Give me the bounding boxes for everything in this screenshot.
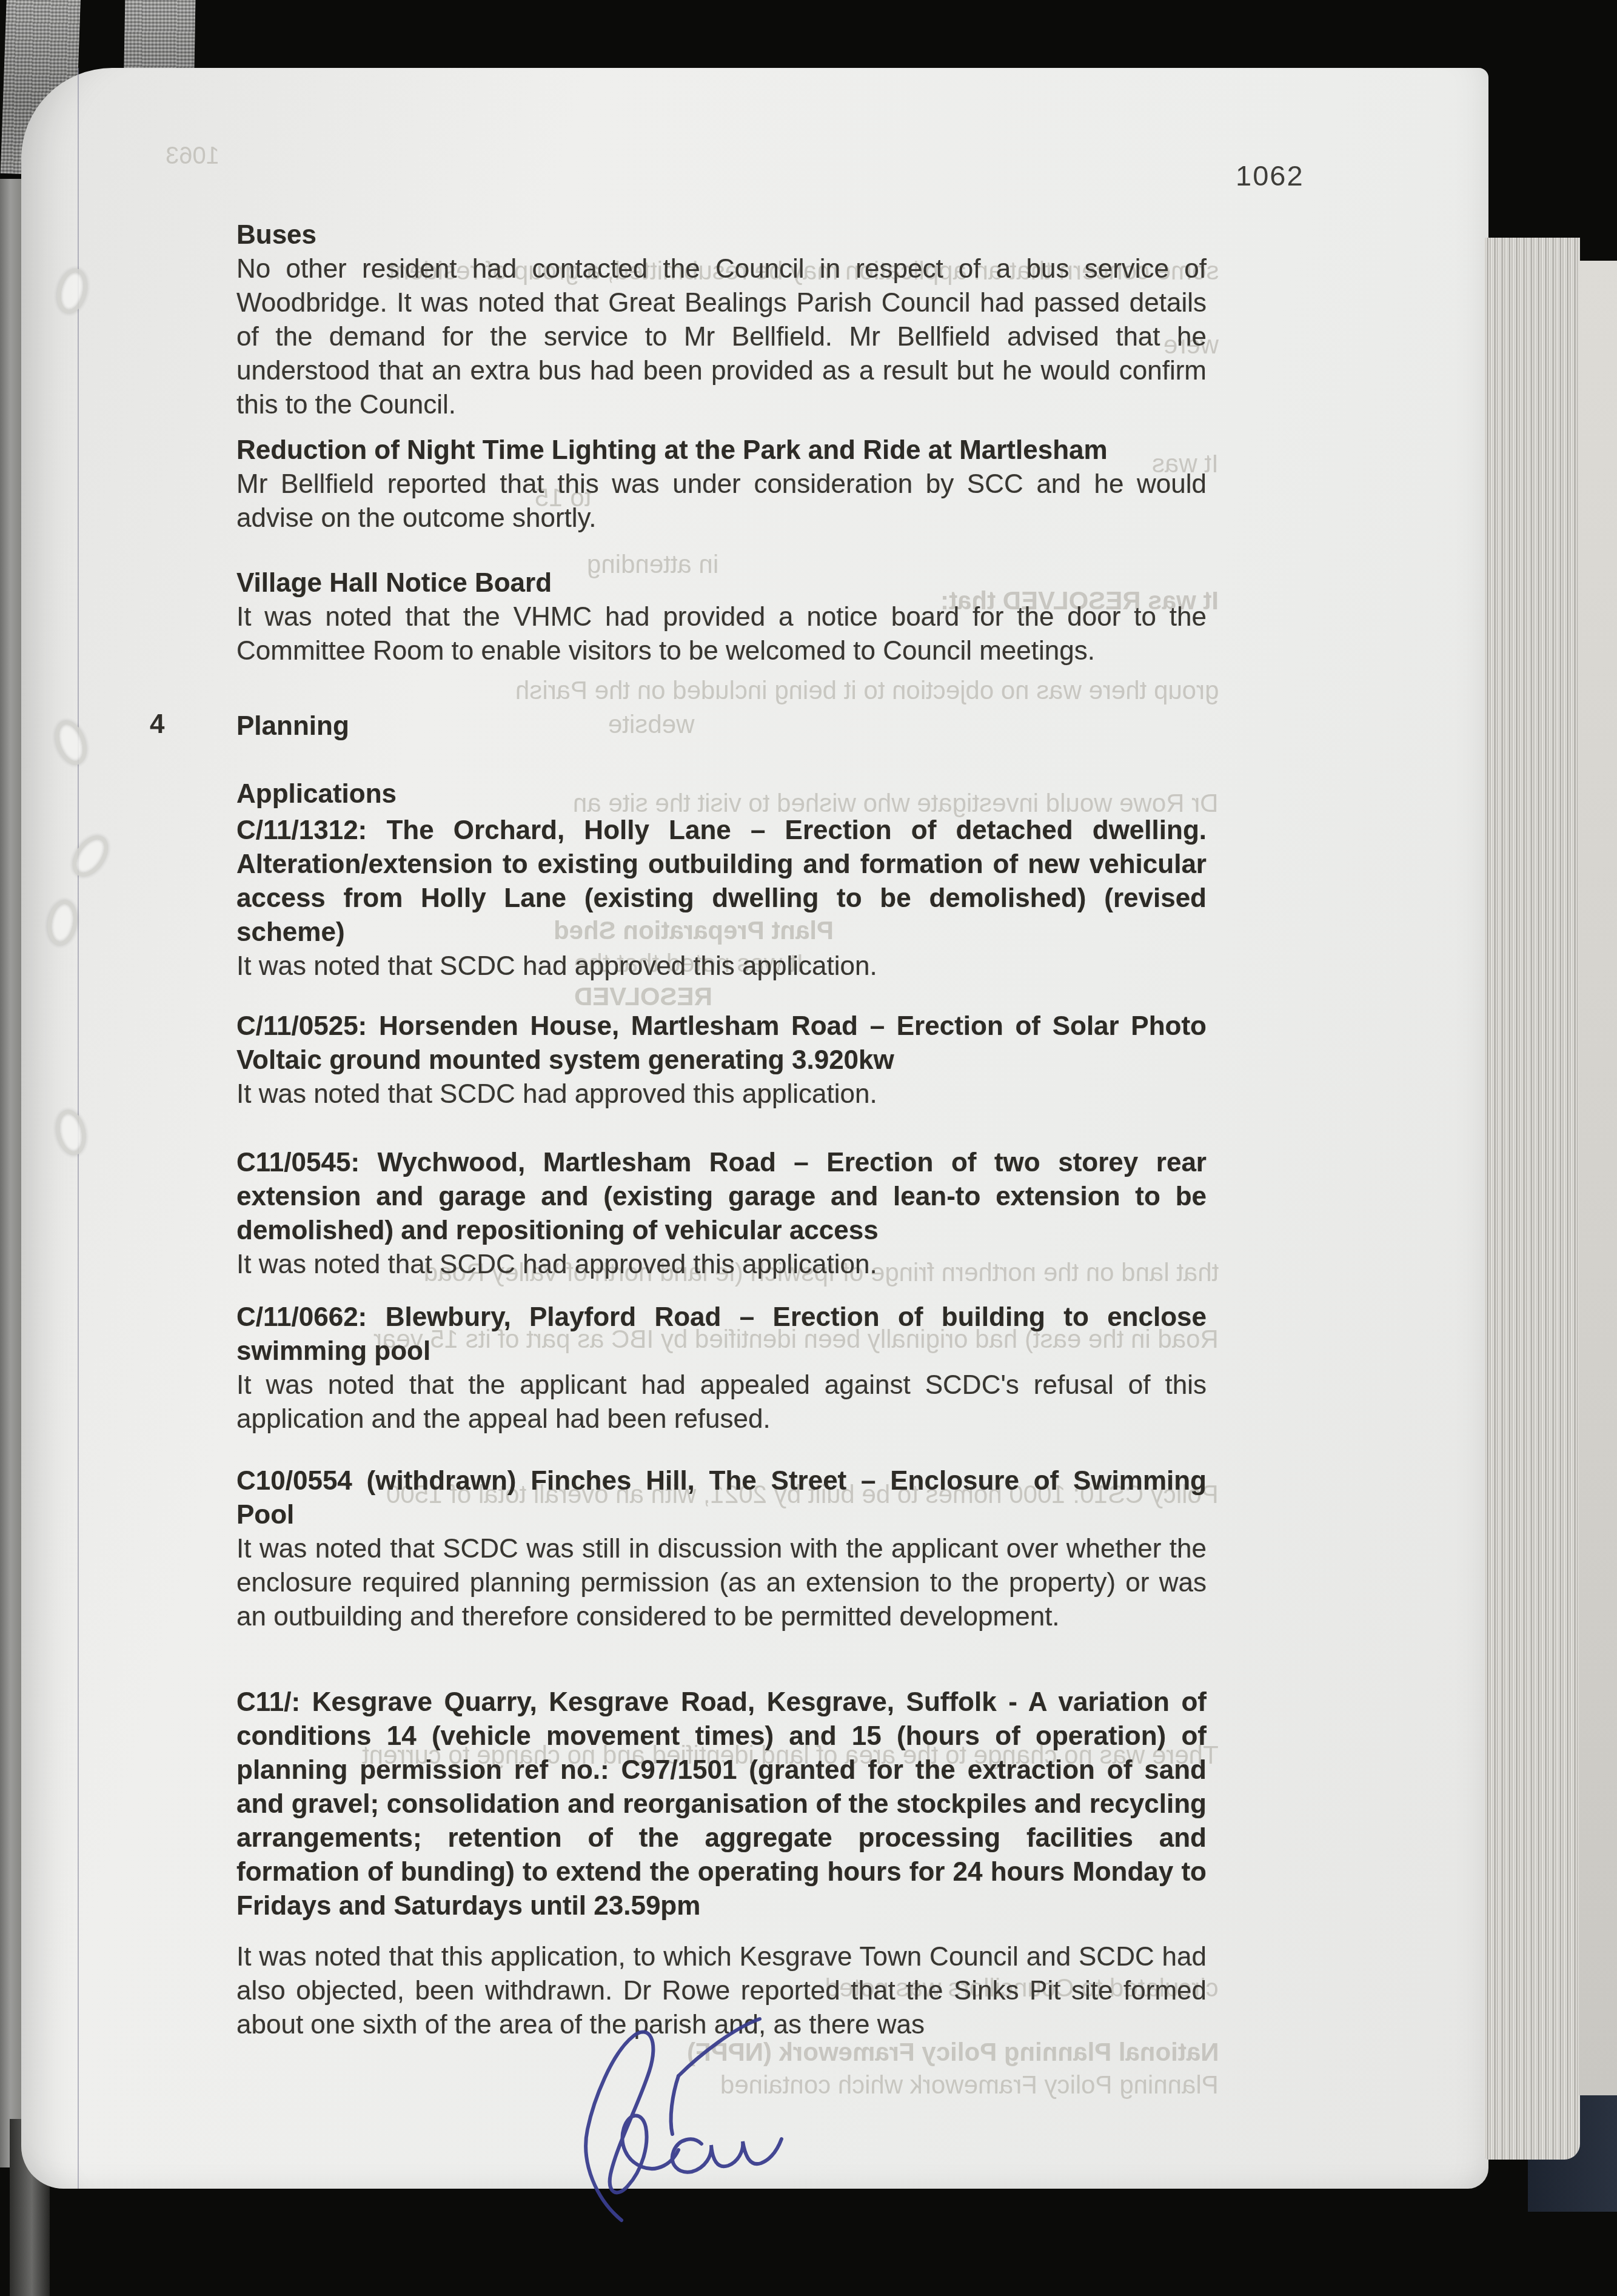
section-heading: Buses [236, 218, 1207, 252]
application-heading: C/11/0662: Blewbury, Playford Road – Ere… [236, 1300, 1207, 1368]
punch-hole [52, 1107, 90, 1158]
section-heading: Reduction of Night Time Lighting at the … [236, 433, 1207, 467]
section-body: It was noted that the VHMC had provided … [236, 600, 1207, 668]
topic-night-lighting: Reduction of Night Time Lighting at the … [236, 433, 1207, 535]
ghost-text: group there was no objection to it being… [515, 674, 1219, 707]
topic-notice-board: Village Hall Notice Board It was noted t… [236, 566, 1207, 668]
application-kesgrave-quarry: C11/: Kesgrave Quarry, Kesgrave Road, Ke… [236, 1685, 1207, 1923]
topic-buses: Buses No other resident had contacted th… [236, 218, 1207, 422]
punch-hole [53, 265, 92, 316]
application-note: It was noted that the applicant had appe… [236, 1368, 1207, 1436]
punch-hole [49, 716, 92, 769]
application-heading: C/11/0525: Horsenden House, Martlesham R… [236, 1009, 1207, 1077]
ghost-page-number: 1063 [166, 139, 219, 172]
page-number: 1062 [1236, 159, 1304, 192]
application-c10-0554: C10/0554 (withdrawn) Finches Hill, The S… [236, 1464, 1207, 1634]
application-c11-0525: C/11/0525: Horsenden House, Martlesham R… [236, 1009, 1207, 1111]
application-c11-1312: C/11/1312: The Orchard, Holly Lane – Ere… [236, 814, 1207, 983]
application-note: It was noted that SCDC had approved this… [236, 1077, 1207, 1111]
underlying-page-edge [1579, 261, 1617, 2095]
book-fore-edge-pages [1484, 238, 1580, 2160]
application-note: It was noted that SCDC was still in disc… [236, 1532, 1207, 1634]
document-page: 1062 1063 some concern that an applicati… [21, 68, 1488, 2189]
application-note: It was noted that SCDC had approved this… [236, 1248, 1207, 1282]
signature-ink [520, 2015, 786, 2227]
section-heading: Village Hall Notice Board [236, 566, 1207, 600]
application-heading: C11/0545: Wychwood, Martlesham Road – Er… [236, 1146, 1207, 1248]
application-heading: C/11/1312: The Orchard, Holly Lane – Ere… [236, 814, 1207, 949]
section-body: Mr Bellfield reported that this was unde… [236, 467, 1207, 535]
application-note: It was noted that SCDC had approved this… [236, 949, 1207, 983]
ghost-text: Planning Policy Framework which containe… [720, 2069, 1219, 2101]
punch-hole [65, 829, 116, 883]
section-body: No other resident had contacted the Coun… [236, 252, 1207, 422]
ghost-text: RESOLVED [574, 980, 712, 1013]
agenda-item-number: 4 [150, 709, 164, 740]
book-gutter-edge [0, 179, 23, 2167]
applications-subheading: Applications [236, 777, 1207, 811]
planning-heading: Planning [236, 709, 1207, 743]
scanned-minutes-page: 1062 1063 some concern that an applicati… [0, 0, 1617, 2296]
punch-hole [44, 897, 81, 948]
application-heading: C10/0554 (withdrawn) Finches Hill, The S… [236, 1464, 1207, 1532]
application-c11-0545: C11/0545: Wychwood, Martlesham Road – Er… [236, 1146, 1207, 1282]
application-heading: C11/: Kesgrave Quarry, Kesgrave Road, Ke… [236, 1685, 1207, 1923]
application-c11-0662: C/11/0662: Blewbury, Playford Road – Ere… [236, 1300, 1207, 1436]
